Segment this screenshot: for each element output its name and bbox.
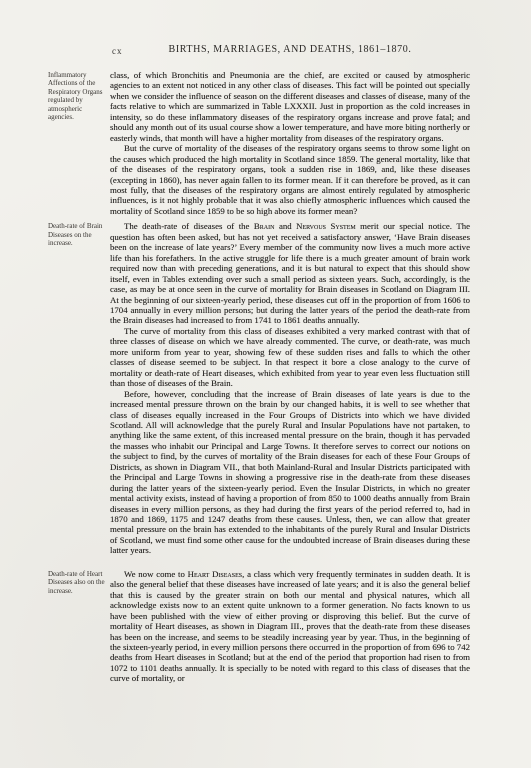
scanned-book-page: cx BIRTHS, MARRIAGES, AND DEATHS, 1861–1…: [0, 0, 531, 768]
smallcaps-term: Brain: [254, 221, 275, 231]
margin-note: Death-rate of Heart Diseases also on the…: [48, 570, 105, 595]
text-column: We now come to Heart Diseases, a class w…: [110, 569, 470, 684]
paragraph: But the curve of mortality of the diseas…: [110, 143, 470, 216]
smallcaps-term: Heart Diseases: [188, 569, 242, 579]
text-run: The death-rate of diseases of the: [124, 221, 254, 231]
section: Death-rate of Brain Diseases on the incr…: [0, 221, 531, 556]
paragraph: We now come to Heart Diseases, a class w…: [110, 569, 470, 684]
paragraph: Before, however, concluding that the inc…: [110, 389, 470, 556]
sidenote-column: Inflammatory Affections of the Respirato…: [0, 70, 110, 121]
running-title: BIRTHS, MARRIAGES, AND DEATHS, 1861–1870…: [110, 44, 470, 55]
text-run: But the curve of mortality of the diseas…: [110, 143, 470, 216]
text-run: Before, however, concluding that the inc…: [110, 389, 470, 556]
page-body: Inflammatory Affections of the Respirato…: [0, 70, 531, 684]
margin-note: Inflammatory Affections of the Respirato…: [48, 71, 105, 121]
text-run: class, of which Bronchitis and Pneumonia…: [110, 70, 470, 143]
sidenote-column: Death-rate of Brain Diseases on the incr…: [0, 221, 110, 247]
text-column: The death-rate of diseases of the Brain …: [110, 221, 470, 556]
page-header: cx BIRTHS, MARRIAGES, AND DEATHS, 1861–1…: [110, 44, 470, 57]
sidenote-column: Death-rate of Heart Diseases also on the…: [0, 569, 110, 595]
paragraph: class, of which Bronchitis and Pneumonia…: [110, 70, 470, 143]
paragraph: The curve of mortality from this class o…: [110, 326, 470, 389]
section: Death-rate of Heart Diseases also on the…: [0, 569, 531, 684]
text-column: class, of which Bronchitis and Pneumonia…: [110, 70, 470, 216]
margin-note: Death-rate of Brain Diseases on the incr…: [48, 222, 105, 247]
text-run: and: [274, 221, 296, 231]
page-number: cx: [112, 46, 123, 56]
text-run: , a class which very frequently terminat…: [110, 569, 470, 684]
text-run: merit our special notice. The question h…: [110, 221, 470, 325]
text-run: The curve of mortality from this class o…: [110, 326, 470, 388]
section: Inflammatory Affections of the Respirato…: [0, 70, 531, 216]
paragraph: The death-rate of diseases of the Brain …: [110, 221, 470, 326]
smallcaps-term: Nervous System: [296, 221, 356, 231]
text-run: We now come to: [124, 569, 188, 579]
